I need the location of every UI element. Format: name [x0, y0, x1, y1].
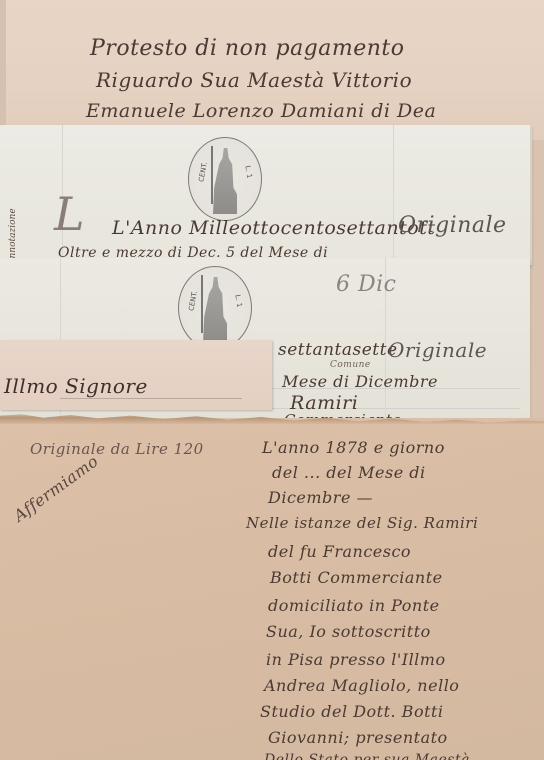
- address-line: [60, 398, 242, 399]
- signature: Affermiamo: [10, 451, 102, 525]
- handwritten-line: Protesto di non pagamento: [90, 36, 405, 61]
- handwritten-line: Mese di Dicembre: [282, 372, 438, 391]
- stamp-value-label: L. 1: [234, 294, 244, 308]
- handwritten-line: in Pisa presso l'Illmo: [266, 650, 446, 669]
- document-sheet-protest: Protesto di non pagamento Riguardo Sua M…: [0, 0, 544, 140]
- handwritten-line: del fu Francesco: [268, 542, 411, 561]
- handwritten-line: Sua, Io sottoscritto: [266, 622, 431, 641]
- allegorical-figure-icon: [203, 277, 227, 343]
- pencil-note: 6 Dic: [336, 272, 397, 297]
- stamp-value-label: CENT.: [197, 161, 208, 182]
- interlinear-note: Comune: [330, 360, 371, 370]
- handwritten-line: Dicembre —: [268, 488, 373, 507]
- stamp-value-label: CENT.: [187, 290, 198, 311]
- handwritten-line: settantasette: [278, 340, 398, 360]
- handwritten-line: Nelle istanze del Sig. Ramiri: [246, 514, 478, 532]
- column-rule: [393, 125, 394, 265]
- spear-icon: [201, 275, 203, 333]
- revenue-stamp-icon: CENT. L. 1: [188, 137, 262, 221]
- handwritten-line: Riguardo Sua Maestà Vittorio: [96, 68, 412, 92]
- document-sheet-stamped-1: CENT. L. 1 Annotazione L L'Anno Milleott…: [0, 125, 532, 265]
- document-sheet-bottom: Originale da Lire 120 Affermiamo L'anno …: [0, 418, 544, 760]
- decorative-initial: L: [54, 187, 85, 241]
- margin-note: Annotazione: [8, 208, 18, 265]
- handwritten-line: del ... del Mese di: [272, 463, 426, 482]
- handwritten-line: domiciliato in Ponte: [268, 596, 440, 615]
- spear-icon: [211, 146, 213, 204]
- handwritten-line: Studio del Dott. Botti: [260, 702, 444, 721]
- handwritten-title-originale: Originale: [388, 338, 487, 362]
- handwritten-line: Dello Stato per sua Maestà: [264, 752, 470, 760]
- left-note: Originale da Lire 120: [30, 440, 204, 458]
- handwritten-line: Botti Commerciante: [270, 568, 443, 587]
- handwritten-line: L'anno 1878 e giorno: [262, 438, 445, 457]
- envelope: Illmo Signore: [0, 340, 272, 410]
- handwritten-line: Emanuele Lorenzo Damiani di Dea: [86, 100, 436, 122]
- allegorical-figure-icon: [213, 148, 237, 214]
- handwritten-title-originale: Originale: [398, 213, 507, 238]
- handwritten-line: Andrea Magliolo, nello: [264, 676, 459, 695]
- handwritten-line: Giovanni; presentato: [268, 728, 448, 747]
- envelope-address: Illmo Signore: [4, 374, 148, 398]
- stamp-value-label: L. 1: [244, 165, 254, 179]
- revenue-stamp-icon: CENT. L. 1: [178, 266, 252, 350]
- handwritten-line: L'Anno Milleottocentosettantott: [112, 217, 435, 239]
